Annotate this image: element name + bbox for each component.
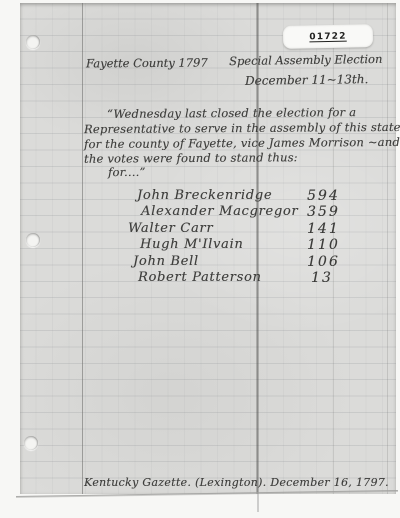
heading-date-range: December 11~13th.: [245, 72, 368, 88]
accession-sticker: 01722: [283, 24, 373, 49]
punch-hole-bottom: [24, 436, 38, 450]
candidate-name: Alexander Macgregor: [141, 204, 298, 219]
fold-crease-tail: [257, 494, 259, 512]
punch-hole-top: [26, 35, 40, 49]
paragraph-line: Representative to serve in the assembly …: [84, 120, 400, 136]
paragraph-line: “Wednesday last closed the election for …: [107, 105, 356, 121]
paragraph-line: the votes were found to stand thus:: [84, 150, 298, 165]
paragraph-line: for the county of Fayette, vice James Mo…: [84, 135, 400, 151]
vote-count: 106: [307, 254, 340, 270]
candidate-name: Hugh M'Ilvain: [140, 237, 243, 252]
heading-county-year: Fayette County 1797: [86, 56, 208, 71]
table-row: Hugh M'Ilvain 110: [0, 237, 400, 253]
vote-count: 110: [307, 237, 340, 253]
scanned-document: 01722 Fayette County 1797 Special Assemb…: [0, 0, 400, 518]
table-row: John Breckenridge 594: [0, 188, 400, 204]
candidate-name: John Bell: [133, 254, 199, 269]
vote-count: 13: [311, 270, 333, 286]
table-row: Alexander Macgregor 359: [0, 204, 400, 220]
candidate-name: Walter Carr: [128, 221, 213, 236]
candidate-name: Robert Patterson: [138, 270, 262, 285]
table-row: Robert Patterson 13: [0, 270, 400, 286]
candidate-name: John Breckenridge: [137, 188, 272, 203]
paragraph-line: for....”: [108, 165, 146, 179]
vote-count: 141: [307, 221, 340, 237]
table-row: John Bell 106: [0, 254, 400, 270]
table-row: Walter Carr 141: [0, 221, 400, 237]
accession-number: 01722: [309, 31, 347, 42]
source-citation: Kentucky Gazette. (Lexington). December …: [84, 476, 389, 489]
vote-count: 359: [307, 204, 340, 220]
heading-election-title: Special Assembly Election: [229, 52, 383, 68]
vote-count: 594: [307, 188, 340, 204]
